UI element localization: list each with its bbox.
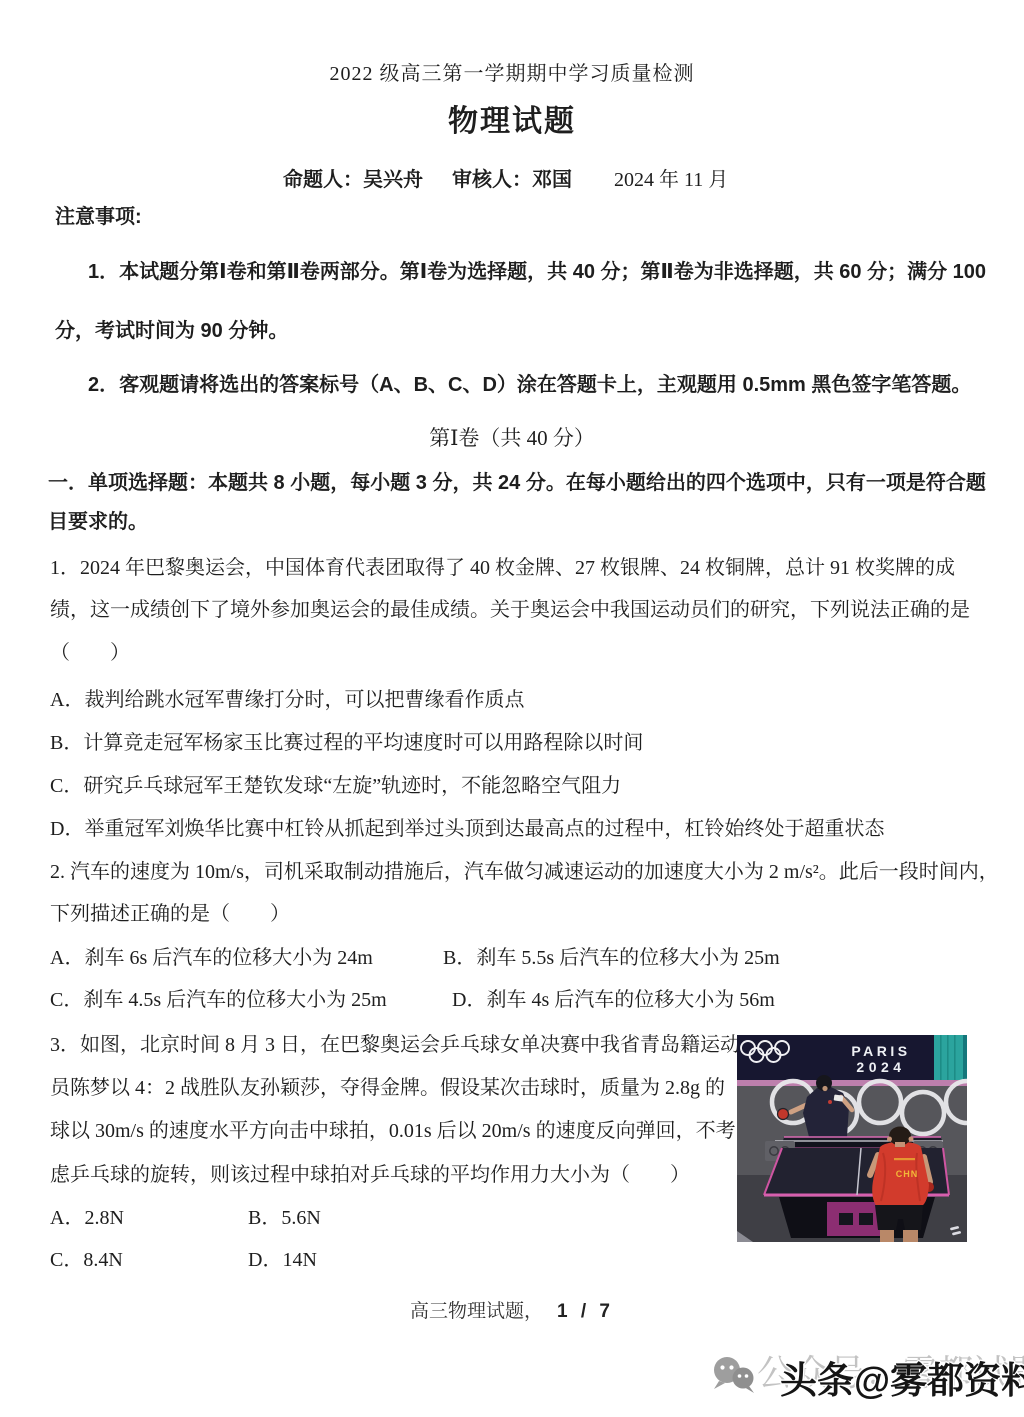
question-2-option-c: C．刹车 4.5s 后汽车的位移大小为 25m [50,986,387,1014]
note-1-line-2: 分，考试时间为 90 分钟。 [55,317,288,345]
paddle-icon [778,1109,789,1120]
section1-intro-line-1: 一．单项选择题：本题共 8 小题，每小题 3 分，共 24 分。在每小题给出的四… [48,469,986,497]
paris-wordmark-line2: 2024 [856,1059,905,1075]
question-1-option-d: D．举重冠军刘焕华比赛中杠铃从抓起到举过头顶到达最高点的过程中，杠铃始终处于超重… [50,815,884,843]
meta-date: 2024 年 11 月 [614,166,728,194]
question-3-line-1: 3．如图，北京时间 8 月 3 日，在巴黎奥运会乒乓球女单决赛中我省青岛籍运动 [50,1031,740,1059]
meta-reviewer: 审核人：邓国 [452,166,572,194]
notice-label: 注意事项: [55,203,142,231]
section1-intro-line-2: 目要求的。 [48,508,148,536]
wechat-icon [710,1355,758,1397]
table-tennis-photo: PARIS 2024 [737,1035,967,1242]
near-player-neck [895,1142,905,1147]
jersey-country-code: CHN [896,1169,919,1179]
jersey-logo-patch [834,1094,844,1101]
near-player-leg-left [880,1230,894,1242]
question-1-line-2: 绩，这一成绩创下了境外参加奥运会的最佳成绩。关于奥运会中我国运动员们的研究，下列… [50,596,970,624]
exam-header: 2022 级高三第一学期期中学习质量检测 [0,60,1024,88]
footer-page-number: 1 / 7 [557,1301,614,1322]
footer-doc-label: 高三物理试题， [410,1301,543,1322]
question-1-line-1: 1．2024 年巴黎奥运会，中国体育代表团取得了 40 枚金牌、27 枚银牌、2… [50,554,955,582]
question-3-option-d: D．14N [248,1246,317,1274]
question-3-option-a: A．2.8N [50,1204,124,1232]
question-3-line-4: 虑乒乓球的旋转，则该过程中球拍对乒乓球的平均作用力大小为（ ） [50,1161,690,1189]
question-3-line-2: 员陈梦以 4：2 战胜队友孙颖莎，夺得金牌。假设某次击球时，质量为 2.8g 的 [50,1074,725,1102]
photo-teal-banner [934,1035,967,1080]
question-1-answer-blank: （ ） [50,639,130,667]
exam-page: 2022 级高三第一学期期中学习质量检测 物理试题 命题人：吴兴舟 审核人：邓国… [0,0,1024,1417]
question-2-option-a: A．刹车 6s 后汽车的位移大小为 24m [50,944,373,972]
question-1-option-b: B．计算竞走冠军杨家玉比赛过程的平均速度时可以用路程除以时间 [50,729,643,757]
jersey-flag-patch [828,1100,832,1104]
question-3-line-3: 球以 30m/s 的速度水平方向击中球拍，0.01s 后以 20m/s 的速度反… [50,1117,736,1145]
question-2-option-d: D．刹车 4s 后汽车的位移大小为 56m [452,986,775,1014]
part1-title: 第Ⅰ卷（共 40 分） [0,424,1024,452]
watermark-dark-text: 头条@雾都资料库 [780,1360,1024,1402]
question-1-option-a: A．裁判给跳水冠军曹缘打分时，可以把曹缘看作质点 [50,686,524,714]
question-2-option-b: B．刹车 5.5s 后汽车的位移大小为 25m [443,944,780,972]
exam-title: 物理试题 [0,108,1024,136]
question-2-line-2: 下列描述正确的是（ ） [50,900,290,928]
question-1-option-c: C．研究乒乓球冠军王楚钦发球“左旋”轨迹时，不能忽略空气阻力 [50,772,621,800]
question-3-option-c: C．8.4N [50,1246,123,1274]
question-3-option-b: B．5.6N [248,1204,321,1232]
photo-pink-stripe [737,1080,967,1086]
page-footer: 高三物理试题，1 / 7 [0,1298,1024,1326]
note-2: 2．客观题请将选出的答案标号（A、B、C、D）涂在答题卡上，主观题用 0.5mm… [88,371,971,399]
jersey-sponsor-line [894,1158,915,1160]
meta-setter: 命题人：吴兴舟 [283,166,423,194]
near-player-leg-right [903,1230,918,1242]
far-player-face [822,1086,827,1091]
paris-wordmark-line1: PARIS [851,1043,910,1059]
note-1-line-1: 1．本试题分第Ⅰ卷和第Ⅱ卷两部分。第Ⅰ卷为选择题，共 40 分；第Ⅱ卷为非选择题… [88,258,986,286]
question-2-line-1: 2. 汽车的速度为 10m/s，司机采取制动措施后，汽车做匀减速运动的加速度大小… [50,858,999,886]
